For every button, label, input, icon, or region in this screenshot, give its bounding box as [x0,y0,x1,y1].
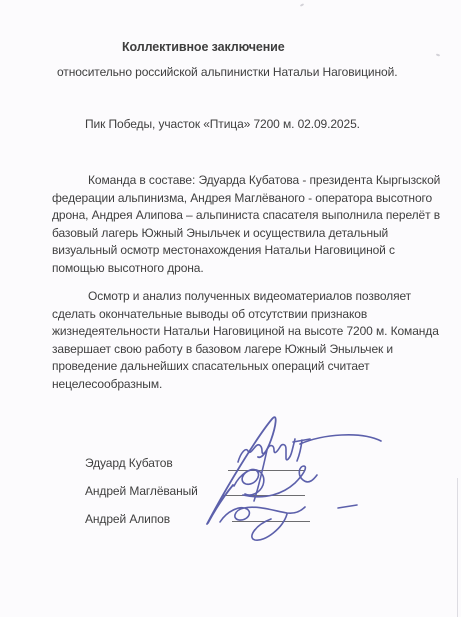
paragraph-line: Осмотр и анализ полученных видеоматериал… [52,288,461,306]
signature-maglevany [234,450,317,501]
signatory-name: Андрей Алипов [85,512,198,540]
paragraph-line: федерации альпинизма, Андрея Маглёваного… [52,190,461,208]
paragraph-line: дрона, Андрея Алипова – альпиниста спаса… [52,207,461,225]
signatory-name: Андрей Маглёваный [85,484,198,512]
paragraph-line: жизнедеятельности Натальи Наговициной на… [52,323,461,341]
handwritten-signatures [193,398,438,563]
document-subtitle: относительно российской альпинистки Ната… [57,65,397,79]
signature-alipov [220,505,357,540]
paragraph: Осмотр и анализ полученных видеоматериал… [52,288,461,393]
paragraph-line: нецелесообразным. [52,376,461,394]
paragraph: Команда в составе: Эдуарда Кубатова - пр… [52,172,461,277]
document-title: Коллективное заключение [122,40,285,54]
signatories-list: Эдуард КубатовАндрей МаглёваныйАндрей Ал… [85,456,198,540]
scan-speck [300,3,304,7]
scan-edge-artifact [457,478,458,617]
paragraph-line: визуальный осмотр местонахождения Наталь… [52,242,461,260]
scan-speck [436,53,440,56]
document-body: Команда в составе: Эдуарда Кубатова - пр… [52,172,461,404]
paragraph-line: базовый лагерь Южный Эныльчек и осуществ… [52,225,461,243]
paragraph-line: сделать окончательные выводы об отсутств… [52,306,461,324]
paragraph-line: проведение дальнейших спасательных опера… [52,358,461,376]
signatory-name: Эдуард Кубатов [85,456,198,484]
paragraph-line: помощью высотного дрона. [52,260,461,278]
document-dateline: Пик Победы, участок «Птица» 7200 м. 02.0… [85,117,360,131]
paragraph-line: завершает свою работу в базовом лагере Ю… [52,341,461,359]
paragraph-line: Команда в составе: Эдуарда Кубатова - пр… [52,172,461,190]
scanned-document-page: Коллективное заключение относительно рос… [0,0,461,617]
